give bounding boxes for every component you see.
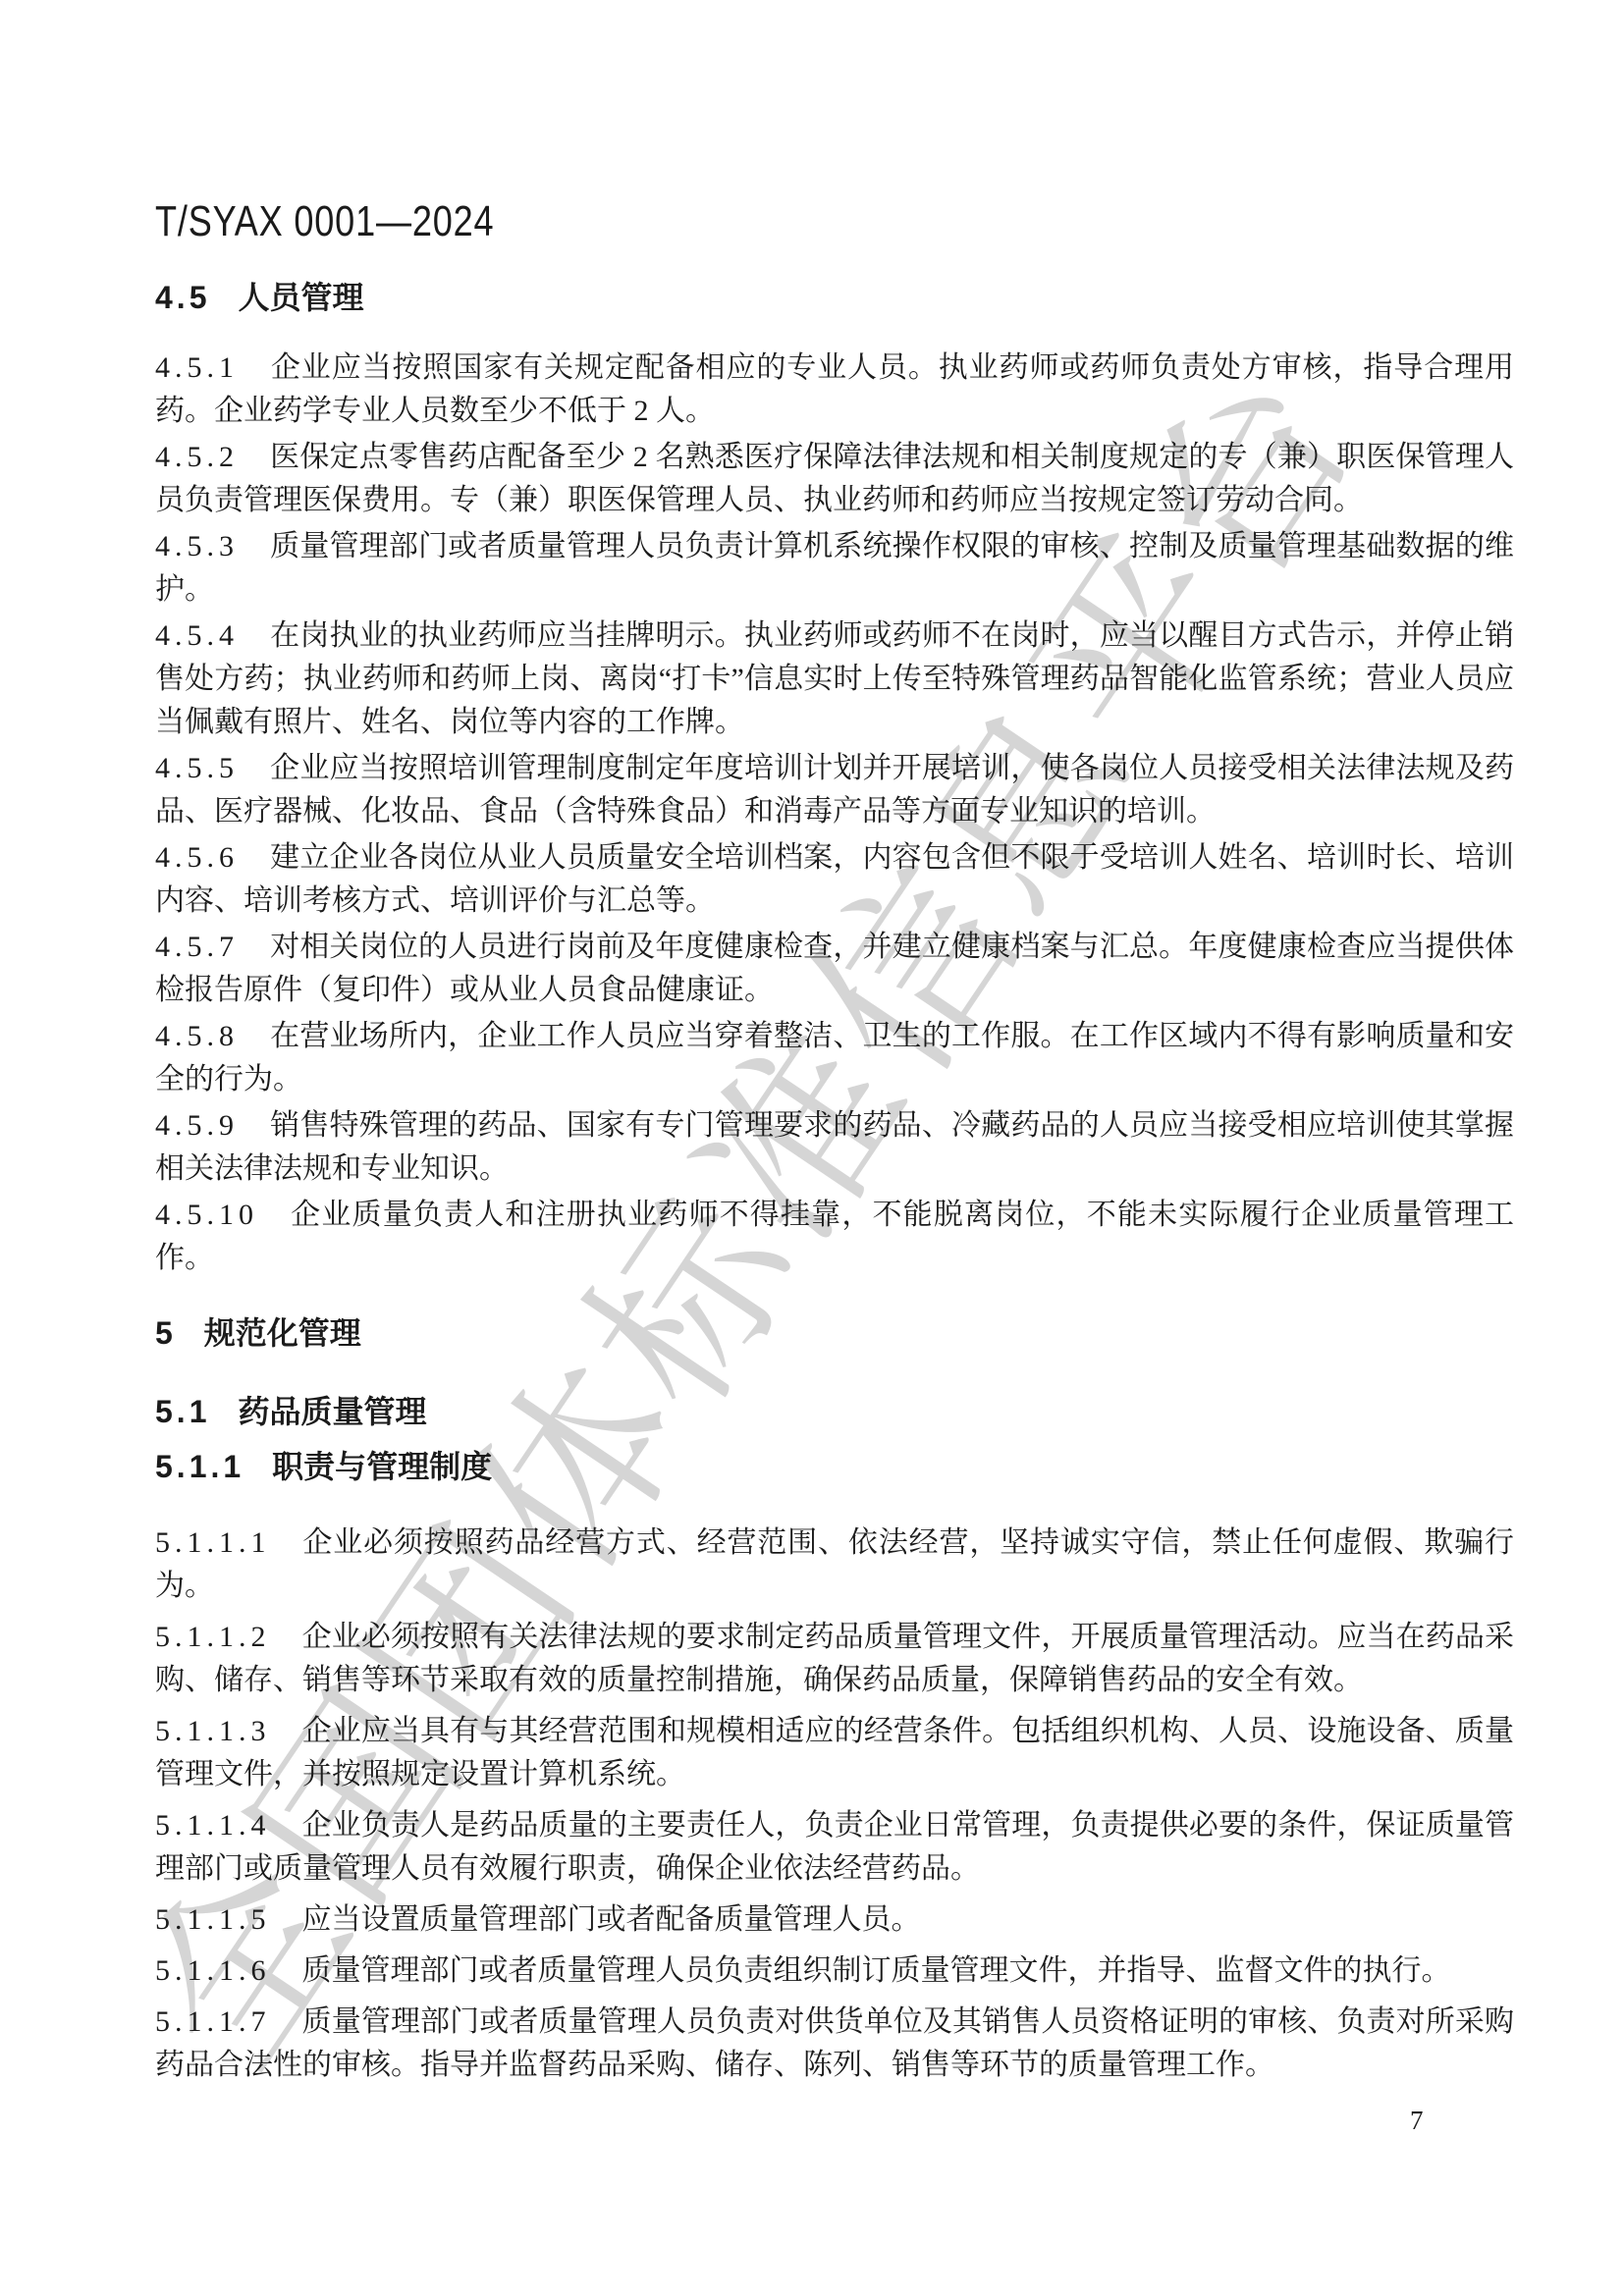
heading-number: 5.1 bbox=[155, 1394, 210, 1429]
clause-text: 企业必须按照药品经营方式、经营范围、依法经营，坚持诚实守信，禁止任何虚假、欺骗行… bbox=[155, 1526, 1514, 1602]
clause-number: 5.1.1.3 bbox=[155, 1715, 271, 1747]
clause-text: 在岗执业的执业药师应当挂牌明示。执业药师或药师不在岗时，应当以醒目方式告示，并停… bbox=[155, 619, 1514, 738]
clause-4-5-10: 4.5.10企业质量负责人和注册执业药师不得挂靠，不能脱离岗位，不能未实际履行企… bbox=[155, 1194, 1514, 1280]
clause-text: 企业必须按照有关法律法规的要求制定药品质量管理文件，开展质量管理活动。应当在药品… bbox=[155, 1621, 1514, 1696]
document-page: 全国团体标准信息平台 T/SYAX 0001—2024 4.5人员管理 4.5.… bbox=[0, 0, 1624, 2296]
heading-title: 人员管理 bbox=[238, 280, 363, 315]
clause-text: 应当设置质量管理部门或者配备质量管理人员。 bbox=[302, 1903, 921, 1936]
clause-number: 4.5.6 bbox=[155, 841, 239, 874]
clause-4-5-6: 4.5.6建立企业各岗位从业人员质量安全培训档案，内容包含但不限于受培训人姓名、… bbox=[155, 836, 1514, 923]
clause-text: 企业负责人是药品质量的主要责任人，负责企业日常管理，负责提供必要的条件，保证质量… bbox=[155, 1809, 1514, 1885]
heading-personnel-management: 4.5人员管理 bbox=[155, 280, 1514, 315]
clause-5-1-1-7: 5.1.1.7质量管理部门或者质量管理人员负责对供货单位及其销售人员资格证明的审… bbox=[155, 2001, 1514, 2087]
clause-text: 销售特殊管理的药品、国家有专门管理要求的药品、冷藏药品的人员应当接受相应培训使其… bbox=[155, 1109, 1514, 1185]
clause-4-5-9: 4.5.9销售特殊管理的药品、国家有专门管理要求的药品、冷藏药品的人员应当接受相… bbox=[155, 1104, 1514, 1191]
heading-standardized-management: 5规范化管理 bbox=[155, 1315, 1514, 1351]
heading-title: 职责与管理制度 bbox=[272, 1449, 492, 1484]
heading-number: 5 bbox=[155, 1315, 177, 1351]
clause-number: 4.5.9 bbox=[155, 1109, 239, 1142]
clause-5-1-1-1: 5.1.1.1企业必须按照药品经营方式、经营范围、依法经营，坚持诚实守信，禁止任… bbox=[155, 1522, 1514, 1608]
clause-number: 4.5.10 bbox=[155, 1199, 258, 1231]
heading-drug-quality-management: 5.1药品质量管理 bbox=[155, 1394, 1514, 1429]
standard-code-header: T/SYAX 0001—2024 bbox=[155, 201, 1270, 242]
page-content: T/SYAX 0001—2024 4.5人员管理 4.5.1企业应当按照国家有关… bbox=[155, 0, 1514, 2087]
clause-text: 对相关岗位的人员进行岗前及年度健康检查，并建立健康档案与汇总。年度健康检查应当提… bbox=[155, 931, 1514, 1006]
clause-5-1-1-2: 5.1.1.2企业必须按照有关法律法规的要求制定药品质量管理文件，开展质量管理活… bbox=[155, 1616, 1514, 1702]
clause-text: 企业应当按照培训管理制度制定年度培训计划并开展培训，使各岗位人员接受相关法律法规… bbox=[155, 752, 1514, 828]
clause-number: 4.5.2 bbox=[155, 441, 239, 473]
page-number: 7 bbox=[1410, 2105, 1424, 2136]
clause-text: 质量管理部门或者质量管理人员负责对供货单位及其销售人员资格证明的审核、负责对所采… bbox=[155, 2005, 1514, 2081]
clause-text: 医保定点零售药店配备至少 2 名熟悉医疗保障法律法规和相关制度规定的专（兼）职医… bbox=[155, 441, 1514, 516]
clause-number: 4.5.5 bbox=[155, 752, 239, 784]
clause-number: 4.5.8 bbox=[155, 1020, 239, 1052]
clause-text: 企业应当具有与其经营范围和规模相适应的经营条件。包括组织机构、人员、设施设备、质… bbox=[155, 1715, 1514, 1790]
heading-title: 规范化管理 bbox=[204, 1315, 361, 1351]
clause-number: 5.1.1.5 bbox=[155, 1903, 271, 1936]
clause-text: 在营业场所内，企业工作人员应当穿着整洁、卫生的工作服。在工作区域内不得有影响质量… bbox=[155, 1020, 1514, 1095]
heading-number: 5.1.1 bbox=[155, 1449, 244, 1484]
clause-number: 4.5.3 bbox=[155, 530, 239, 562]
clause-number: 4.5.1 bbox=[155, 351, 239, 384]
clause-number: 5.1.1.6 bbox=[155, 1954, 271, 1987]
clause-number: 5.1.1.2 bbox=[155, 1621, 271, 1653]
clause-number: 5.1.1.4 bbox=[155, 1809, 271, 1842]
clause-5-1-1-6: 5.1.1.6质量管理部门或者质量管理人员负责组织制订质量管理文件，并指导、监督… bbox=[155, 1949, 1514, 1993]
clause-text: 企业应当按照国家有关规定配备相应的专业人员。执业药师或药师负责处方审核，指导合理… bbox=[155, 351, 1514, 427]
clause-5-1-1-4: 5.1.1.4企业负责人是药品质量的主要责任人，负责企业日常管理，负责提供必要的… bbox=[155, 1804, 1514, 1891]
clause-number: 5.1.1.7 bbox=[155, 2005, 271, 2038]
clause-number: 5.1.1.1 bbox=[155, 1526, 271, 1559]
heading-duties-and-management-system: 5.1.1职责与管理制度 bbox=[155, 1449, 1514, 1484]
clause-number: 4.5.7 bbox=[155, 931, 239, 963]
clause-4-5-4: 4.5.4在岗执业的执业药师应当挂牌明示。执业药师或药师不在岗时，应当以醒目方式… bbox=[155, 614, 1514, 744]
clause-4-5-8: 4.5.8在营业场所内，企业工作人员应当穿着整洁、卫生的工作服。在工作区域内不得… bbox=[155, 1015, 1514, 1101]
heading-title: 药品质量管理 bbox=[238, 1394, 426, 1429]
clause-5-1-1-3: 5.1.1.3企业应当具有与其经营范围和规模相适应的经营条件。包括组织机构、人员… bbox=[155, 1710, 1514, 1796]
clause-4-5-7: 4.5.7对相关岗位的人员进行岗前及年度健康检查，并建立健康档案与汇总。年度健康… bbox=[155, 926, 1514, 1012]
clause-text: 企业质量负责人和注册执业药师不得挂靠，不能脱离岗位，不能未实际履行企业质量管理工… bbox=[155, 1199, 1514, 1274]
clause-text: 质量管理部门或者质量管理人员负责计算机系统操作权限的审核、控制及质量管理基础数据… bbox=[155, 530, 1514, 606]
clause-4-5-3: 4.5.3质量管理部门或者质量管理人员负责计算机系统操作权限的审核、控制及质量管… bbox=[155, 525, 1514, 612]
clause-number: 4.5.4 bbox=[155, 619, 239, 652]
clause-text: 建立企业各岗位从业人员质量安全培训档案，内容包含但不限于受培训人姓名、培训时长、… bbox=[155, 841, 1514, 917]
clause-text: 质量管理部门或者质量管理人员负责组织制订质量管理文件，并指导、监督文件的执行。 bbox=[302, 1954, 1451, 1987]
clause-4-5-2: 4.5.2医保定点零售药店配备至少 2 名熟悉医疗保障法律法规和相关制度规定的专… bbox=[155, 436, 1514, 522]
heading-number: 4.5 bbox=[155, 280, 210, 315]
clause-4-5-5: 4.5.5企业应当按照培训管理制度制定年度培训计划并开展培训，使各岗位人员接受相… bbox=[155, 747, 1514, 833]
clause-5-1-1-5: 5.1.1.5应当设置质量管理部门或者配备质量管理人员。 bbox=[155, 1898, 1514, 1942]
clause-4-5-1: 4.5.1企业应当按照国家有关规定配备相应的专业人员。执业药师或药师负责处方审核… bbox=[155, 347, 1514, 433]
